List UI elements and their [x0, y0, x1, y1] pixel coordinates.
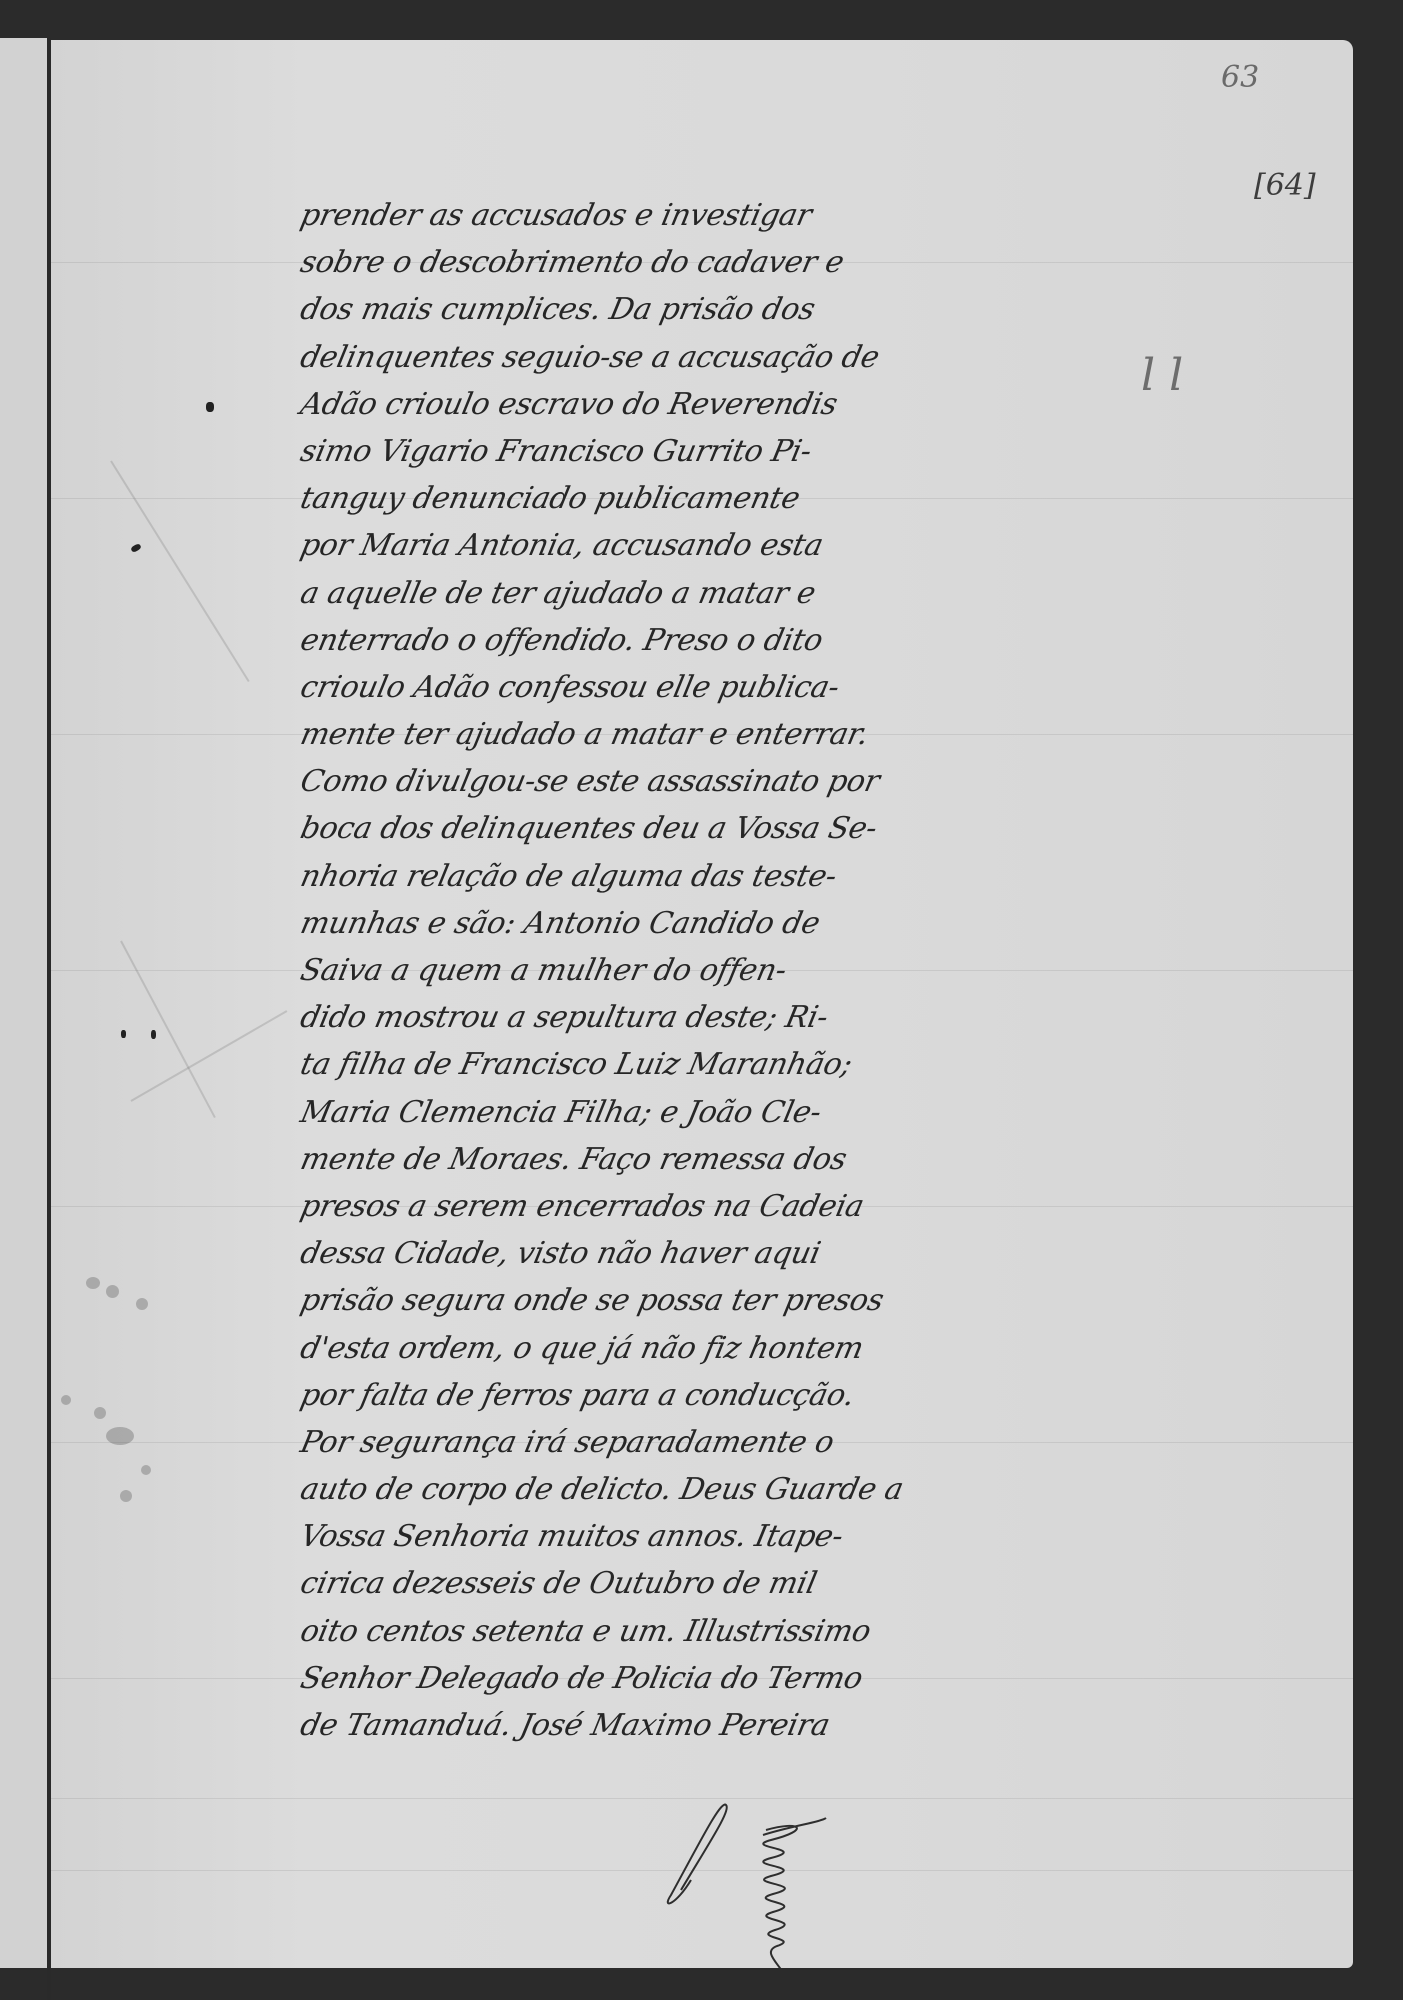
- text-line: dessa Cidade, visto não haver aqui: [296, 1230, 1176, 1277]
- text-line: boca dos delinquentes deu a Vossa Se-: [296, 805, 1176, 852]
- manuscript-page: 63 [64] ll prender as accusados e invest…: [51, 40, 1353, 1968]
- text-line: Vossa Senhoria muitos annos. Itape-: [296, 1513, 1176, 1560]
- text-line: Adão crioulo escravo do Reverendis: [296, 381, 1176, 428]
- text-line: de Tamanduá. José Maximo Pereira: [296, 1702, 1176, 1749]
- text-line: por falta de ferros para a conducção.: [296, 1372, 1176, 1419]
- water-stain: [86, 1277, 100, 1289]
- text-line: prender as accusados e investigar: [296, 192, 1176, 239]
- crease-mark: [131, 1010, 288, 1102]
- water-stain: [136, 1298, 148, 1310]
- water-stain: [106, 1285, 119, 1298]
- water-stain: [61, 1395, 71, 1405]
- adjacent-left-page: [0, 38, 48, 1968]
- text-line: a aquelle de ter ajudado a matar e: [296, 570, 1176, 617]
- text-line: mente ter ajudado a matar e enterrar.: [296, 711, 1176, 758]
- text-line: enterrado o offendido. Preso o dito: [296, 617, 1176, 664]
- water-stain: [141, 1465, 151, 1475]
- text-line: sobre o descobrimento do cadaver e: [296, 239, 1176, 286]
- text-line: cirica dezesseis de Outubro de mil: [296, 1560, 1176, 1607]
- water-stain: [120, 1490, 132, 1502]
- water-stain: [94, 1407, 106, 1419]
- text-line: auto de corpo de delicto. Deus Guarde a: [296, 1466, 1176, 1513]
- text-line: nhoria relação de alguma das teste-: [296, 853, 1176, 900]
- text-line: dido mostrou a sepultura deste; Ri-: [296, 994, 1176, 1041]
- signature-rubric-icon: [651, 1800, 841, 1968]
- text-line: Maria Clemencia Filha; e João Cle-: [296, 1089, 1176, 1136]
- text-line: d'esta ordem, o que já não fiz hontem: [296, 1325, 1176, 1372]
- text-line: Saiva a quem a mulher do offen-: [296, 947, 1176, 994]
- water-stain: [106, 1427, 134, 1445]
- text-line: presos a serem encerrados na Cadeia: [296, 1183, 1176, 1230]
- manuscript-text: prender as accusados e investigar sobre …: [296, 192, 1166, 1749]
- ink-speck: [121, 1030, 126, 1038]
- text-line: tanguy denunciado publicamente: [296, 475, 1176, 522]
- crease-mark: [120, 941, 216, 1119]
- text-line: crioulo Adão confessou elle publica-: [296, 664, 1176, 711]
- ink-speck: [206, 402, 214, 412]
- text-line: Senhor Delegado de Policia do Termo: [296, 1655, 1176, 1702]
- ink-speck: [151, 1030, 156, 1039]
- crease-mark: [110, 460, 249, 682]
- text-line: dos mais cumplices. Da prisão dos: [296, 286, 1176, 333]
- text-line: delinquentes seguio-se a accusação de: [296, 334, 1176, 381]
- text-line: prisão segura onde se possa ter presos: [296, 1277, 1176, 1324]
- text-line: Como divulgou-se este assassinato por: [296, 758, 1176, 805]
- ruled-line: [51, 1798, 1353, 1799]
- text-line: por Maria Antonia, accusando esta: [296, 522, 1176, 569]
- text-line: ta filha de Francisco Luiz Maranhão;: [296, 1041, 1176, 1088]
- folio-number: 63: [1221, 60, 1259, 95]
- text-line: Por segurança irá separadamente o: [296, 1419, 1176, 1466]
- ink-speck: [130, 543, 142, 553]
- archive-page-number: [64]: [1254, 168, 1316, 203]
- text-line: munhas e são: Antonio Candido de: [296, 900, 1176, 947]
- text-line: mente de Moraes. Faço remessa dos: [296, 1136, 1176, 1183]
- text-line: oito centos setenta e um. Illustrissimo: [296, 1608, 1176, 1655]
- text-line: simo Vigario Francisco Gurrito Pi-: [296, 428, 1176, 475]
